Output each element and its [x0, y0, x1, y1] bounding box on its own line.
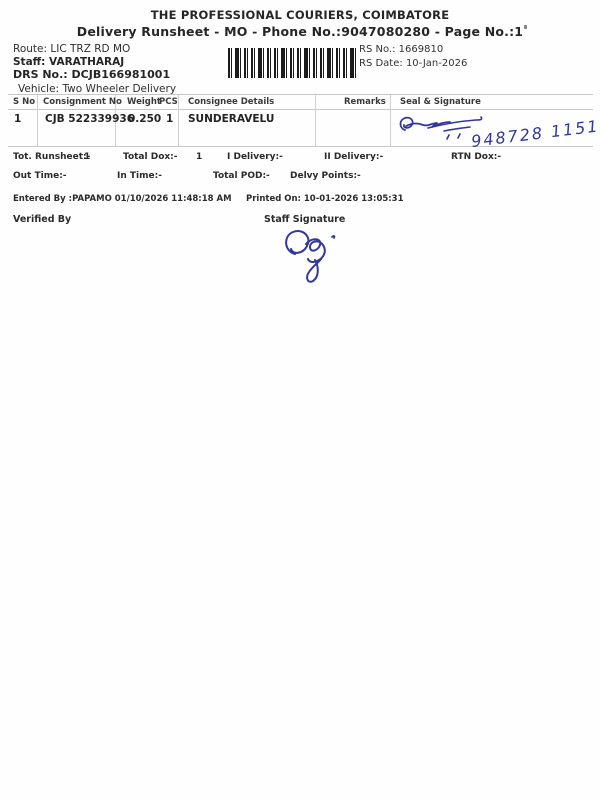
- col-header-pcs: PCS: [159, 98, 178, 108]
- total-pod-label: Total POD:-: [213, 171, 270, 181]
- staff-line: Staff: VARATHARAJ: [13, 56, 124, 68]
- out-time-label: Out Time:-: [13, 171, 67, 181]
- table-divider-pcs: [178, 95, 179, 147]
- printed-on-line: Printed On: 10-01-2026 13:05:31: [246, 195, 404, 205]
- staff-label: Staff:: [13, 56, 45, 68]
- rs-no-line: RS No.: 1669810: [359, 44, 443, 56]
- in-time-label: In Time:-: [117, 171, 162, 181]
- seal-signature-underline2-icon: [444, 127, 470, 131]
- table-divider-remarks: [390, 95, 391, 147]
- drs-line: DRS No.: DCJB166981001: [13, 69, 170, 82]
- rs-date-value: 10-Jan-2026: [406, 58, 467, 69]
- entered-by-line: Entered By :PAPAMO 01/10/2026 11:48:18 A…: [13, 195, 232, 205]
- drs-value: DCJB166981001: [72, 68, 171, 81]
- staff-signature-dot-icon: [332, 236, 334, 238]
- rs-no-value: 1669810: [399, 44, 444, 55]
- seal-signature-handwriting: 948728 1151: [392, 106, 598, 156]
- ii-delivery-label: II Delivery:-: [324, 152, 383, 162]
- rtn-dox-label: RTN Dox:-: [451, 152, 501, 162]
- rs-date-line: RS Date: 10-Jan-2026: [359, 58, 467, 70]
- total-dox-value: 1: [196, 152, 202, 162]
- row-sno: 1: [14, 113, 21, 125]
- col-header-remarks: Remarks: [344, 98, 386, 108]
- table-divider-consignee: [315, 95, 316, 147]
- route-value: LIC TRZ RD MO: [50, 43, 130, 55]
- route-line: Route: LIC TRZ RD MO: [13, 43, 130, 55]
- table-rule-top: [8, 94, 593, 95]
- staff-value: VARATHARAJ: [49, 56, 124, 68]
- scan-speck: [524, 25, 527, 29]
- row-consignee: SUNDERAVELU: [188, 113, 274, 125]
- col-header-consignee: Consignee Details: [188, 98, 274, 108]
- staff-signature-handwriting: [266, 222, 366, 290]
- delivery-runsheet-document: THE PROFESSIONAL COURIERS, COIMBATORE De…: [0, 0, 600, 800]
- company-title: THE PROFESSIONAL COURIERS, COIMBATORE: [0, 9, 600, 22]
- row-pcs: 1: [166, 113, 173, 125]
- drs-label: DRS No.:: [13, 68, 68, 81]
- seal-handwritten-phone-number: 948728 1151: [470, 116, 598, 151]
- rs-date-label: RS Date:: [359, 58, 403, 69]
- table-divider-sno: [37, 95, 38, 147]
- row-weight: 0.250: [128, 113, 161, 125]
- route-label: Route:: [13, 43, 47, 55]
- runsheet-subtitle: Delivery Runsheet - MO - Phone No.:90470…: [0, 25, 600, 39]
- rs-no-label: RS No.:: [359, 44, 395, 55]
- seal-signature-ticks-icon: [447, 134, 460, 139]
- verified-by-label: Verified By: [13, 215, 71, 226]
- rs-barcode-icon: [228, 48, 356, 78]
- delvy-points-label: Delvy Points:-: [290, 171, 361, 181]
- col-header-weight: Weight: [127, 98, 161, 108]
- staff-signature-bigloop-icon: [286, 231, 308, 254]
- col-header-consignment: Consignment No: [43, 98, 122, 108]
- col-header-sno: S No: [13, 98, 35, 108]
- row-consignment-no: CJB 522339936: [45, 113, 134, 125]
- tot-runsheet-value: 1: [84, 152, 90, 162]
- total-dox-label: Total Dox:-: [123, 152, 178, 162]
- i-delivery-label: I Delivery:-: [227, 152, 283, 162]
- tot-runsheet-label: Tot. Runsheet:-: [13, 152, 90, 162]
